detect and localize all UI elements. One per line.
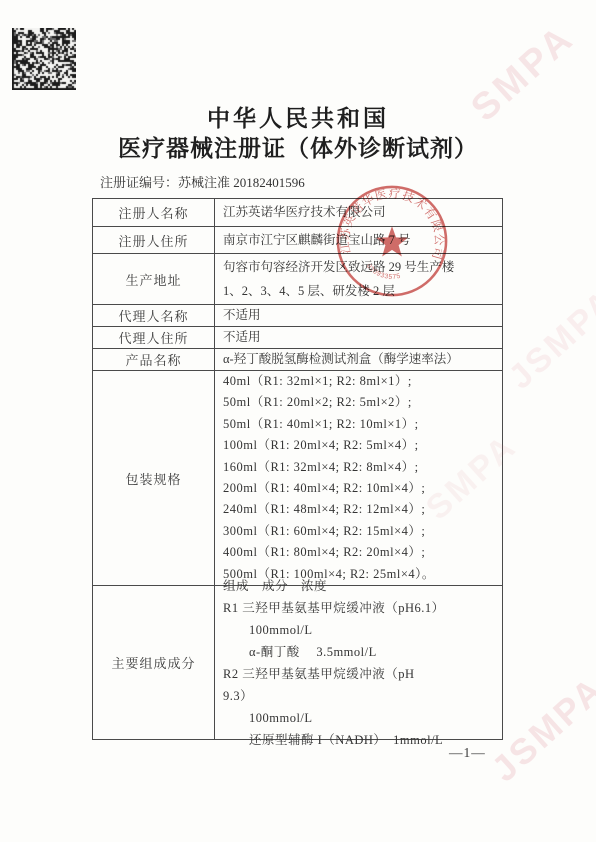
row-value: 南京市江宁区麒麟街道宝山路 7 号 [223,230,411,251]
title-country: 中华人民共和国 [0,100,596,133]
table-row-registrant-address: 注册人住所 南京市江宁区麒麟街道宝山路 7 号 [93,226,502,253]
row-value: α-羟丁酸脱氢酶检测试剂盒（酶学速率法） [223,349,459,370]
row-value: 江苏英诺华医疗技术有限公司 [223,202,386,223]
registration-number-label: 注册证编号： [100,175,178,190]
table-row-production-address: 生产地址 句容市句容经济开发区致远路 29 号生产楼 1、2、3、4、5 层、研… [93,253,502,304]
table-row-agent-name: 代理人名称 不适用 [93,304,502,326]
watermark-middle-right: JSMPA [502,282,596,398]
row-value: 不适用 [223,305,261,326]
registration-number-value: 苏械注准 20182401596 [178,175,305,190]
row-label: 注册人名称 [93,199,215,226]
row-label: 产品名称 [93,349,215,370]
table-row-agent-address: 代理人住所 不适用 [93,326,502,348]
title-certificate: 医疗器械注册证（体外诊断试剂） [0,130,596,163]
row-label: 包装规格 [93,371,215,585]
certificate-page: 中华人民共和国 医疗器械注册证（体外诊断试剂） 注册证编号：苏械注准 20182… [0,0,596,842]
table-row-packaging-spec: 包装规格 40ml（R1: 32ml×1; R2: 8ml×1）; 50ml（R… [93,370,502,585]
page-number: —1— [449,745,486,761]
row-value: 不适用 [223,327,261,348]
row-value: 40ml（R1: 32ml×1; R2: 8ml×1）; 50ml（R1: 20… [223,371,435,585]
table-row-registrant-name: 注册人名称 江苏英诺华医疗技术有限公司 [93,199,502,226]
registration-number-line: 注册证编号：苏械注准 20182401596 [100,172,305,191]
row-value: 句容市句容经济开发区致远路 29 号生产楼 1、2、3、4、5 层、研发楼 2 … [223,255,454,303]
row-label: 主要组成成分 [93,586,215,739]
table-row-main-components: 主要组成成分 组成 成分 浓度 R1 三羟甲基氨基甲烷缓冲液（pH6.1） 10… [93,585,502,739]
table-row-product-name: 产品名称 α-羟丁酸脱氢酶检测试剂盒（酶学速率法） [93,348,502,370]
row-label: 注册人住所 [93,227,215,253]
row-label: 代理人住所 [93,327,215,348]
certificate-table: 注册人名称 江苏英诺华医疗技术有限公司 注册人住所 南京市江宁区麒麟街道宝山路 … [92,198,503,740]
row-value: 组成 成分 浓度 R1 三羟甲基氨基甲烷缓冲液（pH6.1） 100mmol/L… [223,575,498,751]
row-label: 代理人名称 [93,305,215,326]
qr-code [12,28,76,90]
row-label: 生产地址 [93,254,215,304]
